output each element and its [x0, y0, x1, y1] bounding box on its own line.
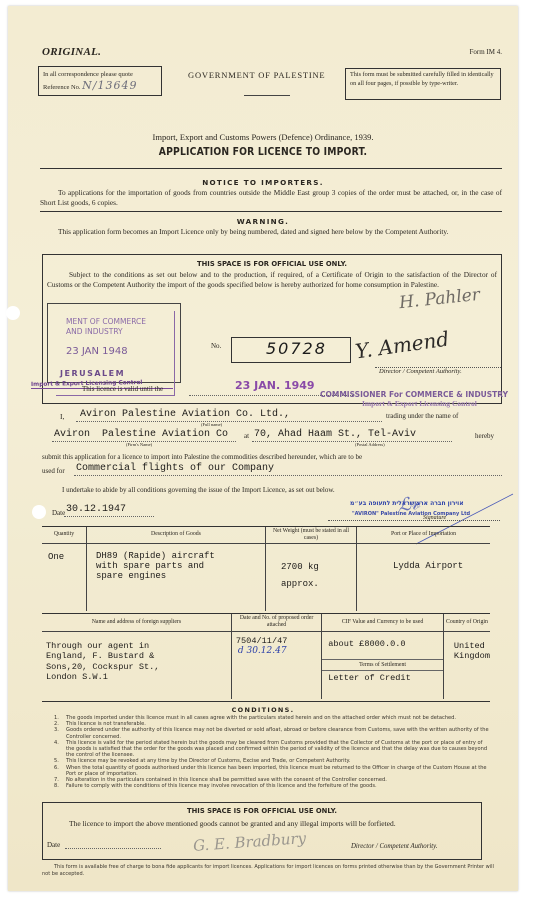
licence-number: 50728 [266, 339, 327, 358]
page-title: APPLICATION FOR LICENCE TO IMPORT. [39, 146, 488, 158]
trading-label: trading under the name of [386, 412, 458, 420]
punch-hole [32, 505, 46, 519]
supplier-line: Sons,20, Cockspur St., [46, 662, 231, 673]
divider [244, 95, 290, 96]
reference-box: In all correspondence please quote Refer… [38, 66, 162, 96]
supplier-table: Name and address of foreign suppliers Da… [42, 614, 490, 699]
order-date-handwritten: d 30.12.47 [238, 646, 321, 656]
table-row: Through our agent in England, F. Bustard… [42, 631, 490, 699]
fill-line [252, 441, 452, 442]
condition-item: 3.Goods ordered under the authority of t… [54, 727, 492, 739]
applicant-full-name: Aviron Palestine Aviation Co. Ltd., [80, 409, 290, 420]
condition-number: 8. [54, 783, 59, 789]
refusal-text: The licence to import the above mentione… [47, 819, 477, 829]
supplier-cell: Through our agent in England, F. Bustard… [42, 631, 231, 699]
undertake-text: I undertake to abide by all conditions g… [62, 486, 335, 494]
notice-text: To applications for the importation of g… [40, 188, 502, 208]
condition-number: 4. [54, 740, 59, 746]
order-number: 7504/11/47 [236, 636, 321, 646]
firm-name-caption: (Firm's Name) [126, 442, 152, 447]
copy-label: ORIGINAL. [42, 46, 101, 58]
country-line: United [454, 641, 490, 652]
country-line: Kingdom [454, 651, 490, 662]
reference-label: Reference No. [43, 84, 81, 91]
conditions-list: 1.The goods imported under this licence … [54, 715, 492, 789]
commissioner-stamp-sub: Import & Export Licensing Control [362, 399, 477, 408]
divider [42, 701, 490, 702]
refusal-box: THIS SPACE IS FOR OFFICIAL USE ONLY. The… [42, 802, 482, 860]
used-for-label: used for [42, 467, 65, 475]
punch-hole [6, 306, 20, 320]
order-cell: 7504/11/47 d 30.12.47 [231, 631, 321, 699]
director-label: Director / Competent Authority. [379, 368, 462, 375]
condition-text: Goods ordered under the authority of thi… [66, 727, 492, 739]
cif-value: about £8000.0.0 [322, 632, 443, 660]
hereby-label: hereby [475, 432, 494, 440]
stamp-line1: MENT OF COMMERCE [66, 317, 146, 327]
supplier-line: England, F. Bustard & [46, 651, 231, 662]
licence-document: ORIGINAL. Form IM 4. In all corresponden… [8, 6, 518, 891]
weight-cell: 2700 kg approx. [266, 543, 357, 611]
divider [40, 211, 502, 212]
col-header-cif: CIF Value and Currency to be used [322, 614, 444, 631]
weight-qualifier: approx. [281, 576, 356, 593]
reference-number: N/13649 [82, 79, 137, 92]
description-line: DH89 (Rapide) aircraft [96, 551, 265, 561]
weight-value: 2700 kg [281, 559, 356, 576]
stamp-date: 23 JAN 1948 [66, 346, 128, 357]
stamp-city: JERUSALEM [60, 369, 125, 378]
condition-item: 4.This licence is valid for the period s… [54, 740, 492, 759]
condition-text: When the total quantity of goods authori… [66, 765, 492, 777]
country-cell: United Kingdom [443, 631, 490, 699]
official-use-box: THIS SPACE IS FOR OFFICIAL USE ONLY. Sub… [42, 254, 502, 404]
official-use-heading: THIS SPACE IS FOR OFFICIAL USE ONLY. [43, 260, 501, 268]
used-for-value: Commercial flights of our Company [76, 463, 274, 474]
warning-text: This application form becomes an Import … [40, 227, 502, 237]
fill-line [74, 475, 502, 476]
commissioner-stamp: COMMISSIONER For COMMERCE & INDUSTRY [320, 390, 508, 399]
warning-heading: WARNING. [8, 217, 518, 226]
fill-line [65, 848, 161, 849]
refusal-heading: THIS SPACE IS FOR OFFICIAL USE ONLY. [43, 807, 481, 815]
supplier-line: London S.W.1 [46, 672, 231, 683]
submit-text: submit this application for a licence to… [42, 452, 502, 462]
col-header-quantity: Quantity [42, 527, 87, 543]
valid-until-stamp: 23 JAN. 1949 [235, 379, 315, 392]
supplier-line: Through our agent in [46, 641, 231, 652]
licence-number-box: 50728 [231, 337, 351, 363]
typewriter-note: This form must be submitted carefully fi… [345, 68, 501, 100]
condition-number: 6. [54, 765, 59, 771]
terms-label: Terms of Settlement [322, 660, 443, 671]
government-heading: GOVERNMENT OF PALESTINE [188, 70, 325, 80]
table-row: One DH89 (Rapide) aircraft with spare pa… [42, 543, 490, 611]
refusal-date-label: Date [47, 841, 60, 849]
condition-item: 6.When the total quantity of goods autho… [54, 765, 492, 777]
firm-name: Aviron Palestine Aviation Co [54, 429, 228, 440]
full-name-caption: (Full name) [201, 422, 222, 427]
fill-line [64, 516, 154, 517]
col-header-supplier: Name and address of foreign suppliers [42, 614, 231, 631]
refusal-director-label: Director / Competent Authority. [351, 843, 437, 850]
at-label: at [244, 432, 249, 440]
ordinance-title: Import, Export and Customs Powers (Defen… [8, 132, 518, 142]
divider [40, 168, 502, 169]
number-label: No. [211, 342, 221, 350]
terms-value: Letter of Credit [322, 671, 443, 683]
col-header-order: Date and No. of proposed order attached [231, 614, 321, 631]
director-signature: Y. Amend [354, 327, 451, 364]
conditions-heading: CONDITIONS. [8, 706, 518, 714]
col-header-weight: Net Weight (must be stated in all cases) [266, 527, 357, 543]
valid-until-label: This licence is valid until the [82, 385, 163, 393]
authorization-text: Subject to the conditions as set out bel… [47, 270, 497, 290]
description-line: spare engines [96, 571, 265, 581]
condition-item: 8.Failure to comply with the conditions … [54, 783, 492, 789]
stamp-line2: AND INDUSTRY [66, 327, 123, 336]
col-header-port: Port or Place of Importation [357, 527, 491, 543]
signature-line [328, 520, 500, 521]
address-caption: (Postal Address) [355, 442, 385, 447]
goods-table: Quantity Description of Goods Net Weight… [42, 527, 490, 611]
application-date: 30.12.1947 [66, 504, 126, 515]
condition-text: Failure to comply with the conditions of… [66, 783, 492, 789]
refusal-signature: G. E. Bradbury [193, 829, 307, 855]
col-header-country: Country of Origin [443, 614, 490, 631]
description-cell: DH89 (Rapide) aircraft with spare parts … [87, 543, 266, 611]
footer-note: This form is available free of charge to… [42, 864, 502, 877]
form-number: Form IM 4. [470, 48, 502, 56]
description-line: with spare parts and [96, 561, 265, 571]
i-label: I, [60, 412, 64, 421]
condition-text: This licence is valid for the period sta… [66, 740, 492, 759]
fill-line [76, 421, 382, 422]
port-cell: Lydda Airport [357, 543, 491, 611]
condition-number: 3. [54, 727, 59, 733]
col-header-description: Description of Goods [87, 527, 266, 543]
quantity-cell: One [42, 543, 87, 611]
notice-heading: NOTICE TO IMPORTERS. [8, 178, 518, 187]
postal-address: 70, Ahad Haam St., Tel-Aviv [254, 429, 416, 440]
cif-cell: about £8000.0.0 Terms of Settlement Lett… [322, 631, 444, 699]
